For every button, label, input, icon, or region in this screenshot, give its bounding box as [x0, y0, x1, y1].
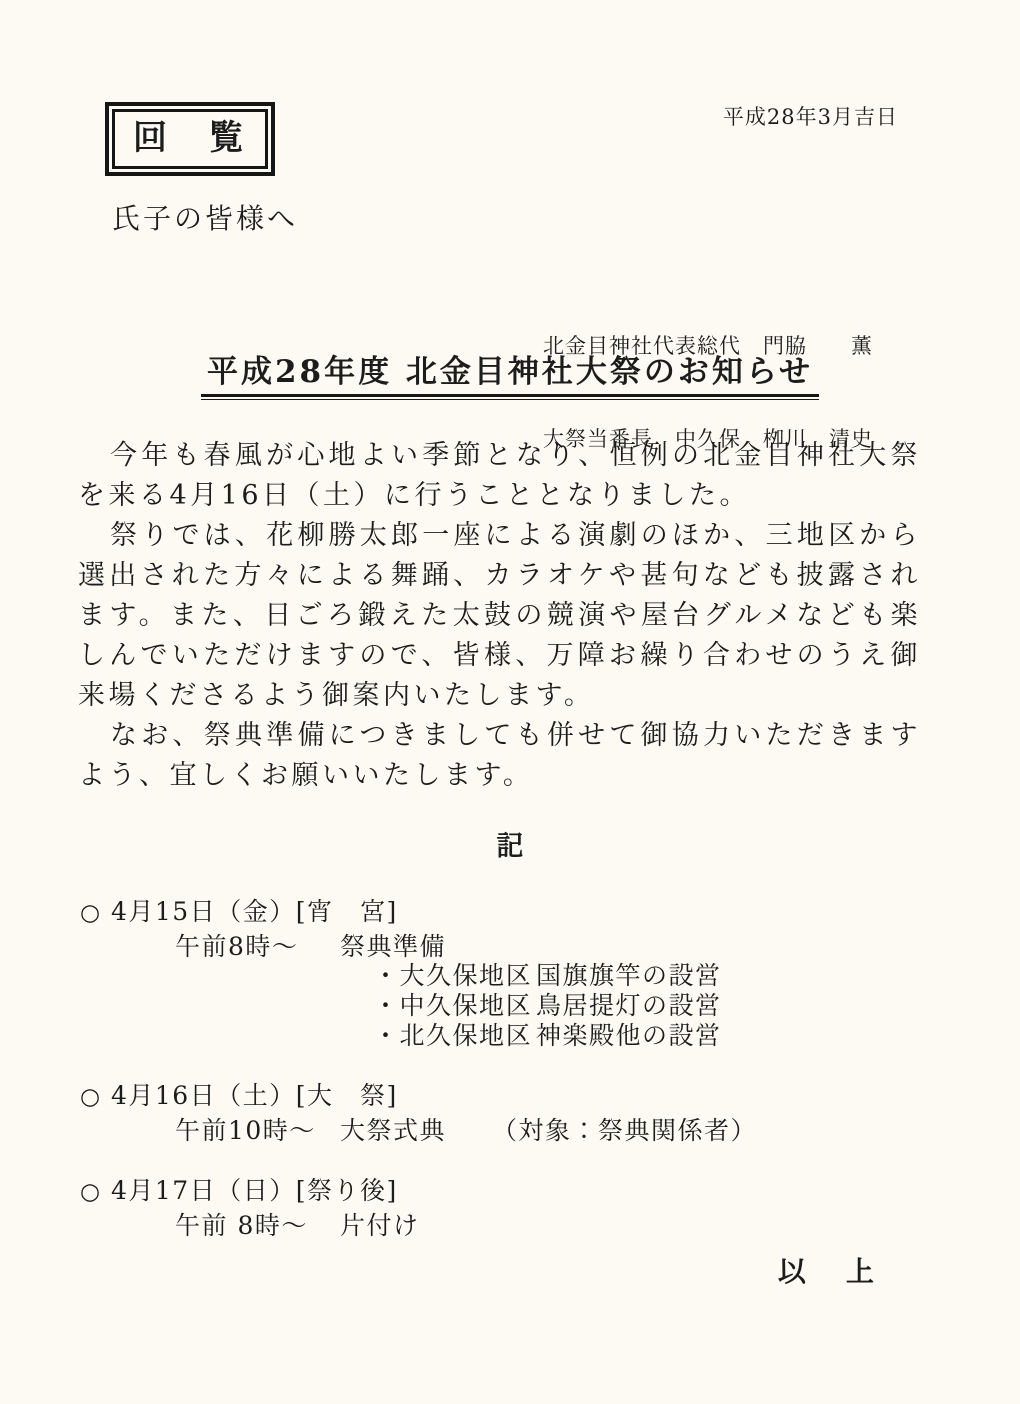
- circle-marker-icon: ○: [80, 900, 111, 926]
- schedule-entry-apr17-date: ○ 4月17日（日）[祭り後]: [80, 1171, 398, 1207]
- district-name: ・北久保地区: [373, 1016, 536, 1052]
- issue-date: 平成28年3月吉日: [723, 101, 898, 131]
- schedule-entry-apr16-date: ○ 4月16日（土）[大 祭]: [80, 1076, 398, 1112]
- district-task: 神楽殿他の設営: [536, 1016, 722, 1052]
- circulation-stamp-label: 回 覧: [112, 109, 268, 169]
- schedule-date-line: 4月15日（金）[宵 宮]: [111, 892, 398, 928]
- schedule-heading: 記: [0, 824, 1020, 863]
- schedule-activity: 片付け: [340, 1206, 492, 1242]
- body-text: 今年も春風が心地よい季節となり、恒例の北金目神社大祭を来る4月16日（土）に行う…: [78, 436, 921, 796]
- page-title: 平成28年度 北金目神社大祭のお知らせ: [201, 346, 819, 397]
- circle-marker-icon: ○: [80, 1084, 111, 1110]
- salutation: 氏子の皆様へ: [112, 197, 298, 237]
- schedule-date-line: 4月17日（日）[祭り後]: [111, 1171, 398, 1207]
- schedule-activity: 大祭式典: [340, 1111, 492, 1147]
- circulation-stamp-box: 回 覧: [105, 102, 275, 176]
- schedule-time: 午前8時～: [175, 927, 340, 963]
- schedule-entry-apr17-time: 午前 8時～ 片付け: [175, 1206, 492, 1242]
- schedule-entry-apr15-date: ○ 4月15日（金）[宵 宮]: [80, 892, 398, 928]
- body-paragraph-3: なお、祭典準備につきましても併せて御協力いただきますよう、宜しくお願いいたします…: [78, 716, 921, 796]
- schedule-subitem-kitakubo: ・北久保地区 神楽殿他の設営: [373, 1016, 722, 1052]
- body-paragraph-1: 今年も春風が心地よい季節となり、恒例の北金目神社大祭を来る4月16日（土）に行う…: [78, 436, 921, 516]
- schedule-note: （対象：祭典関係者）: [492, 1111, 757, 1147]
- schedule-time: 午前10時～: [175, 1111, 340, 1147]
- scanned-notice-page: 回 覧 平成28年3月吉日 氏子の皆様へ 北金目神社代表総代 門脇 薫 大祭当番…: [0, 0, 1020, 1404]
- schedule-date-line: 4月16日（土）[大 祭]: [111, 1076, 398, 1112]
- closing-ijou: 以 上: [778, 1250, 880, 1290]
- circle-marker-icon: ○: [80, 1179, 111, 1205]
- schedule-entry-apr16-time: 午前10時～ 大祭式典 （対象：祭典関係者）: [175, 1111, 757, 1147]
- body-paragraph-2: 祭りでは、花柳勝太郎一座による演劇のほか、三地区から選出された方々による舞踊、カ…: [78, 516, 921, 716]
- schedule-time: 午前 8時～: [175, 1206, 340, 1242]
- title-underline: 平成28年度 北金目神社大祭のお知らせ: [201, 346, 819, 400]
- title-row: 平成28年度 北金目神社大祭のお知らせ: [0, 346, 1020, 400]
